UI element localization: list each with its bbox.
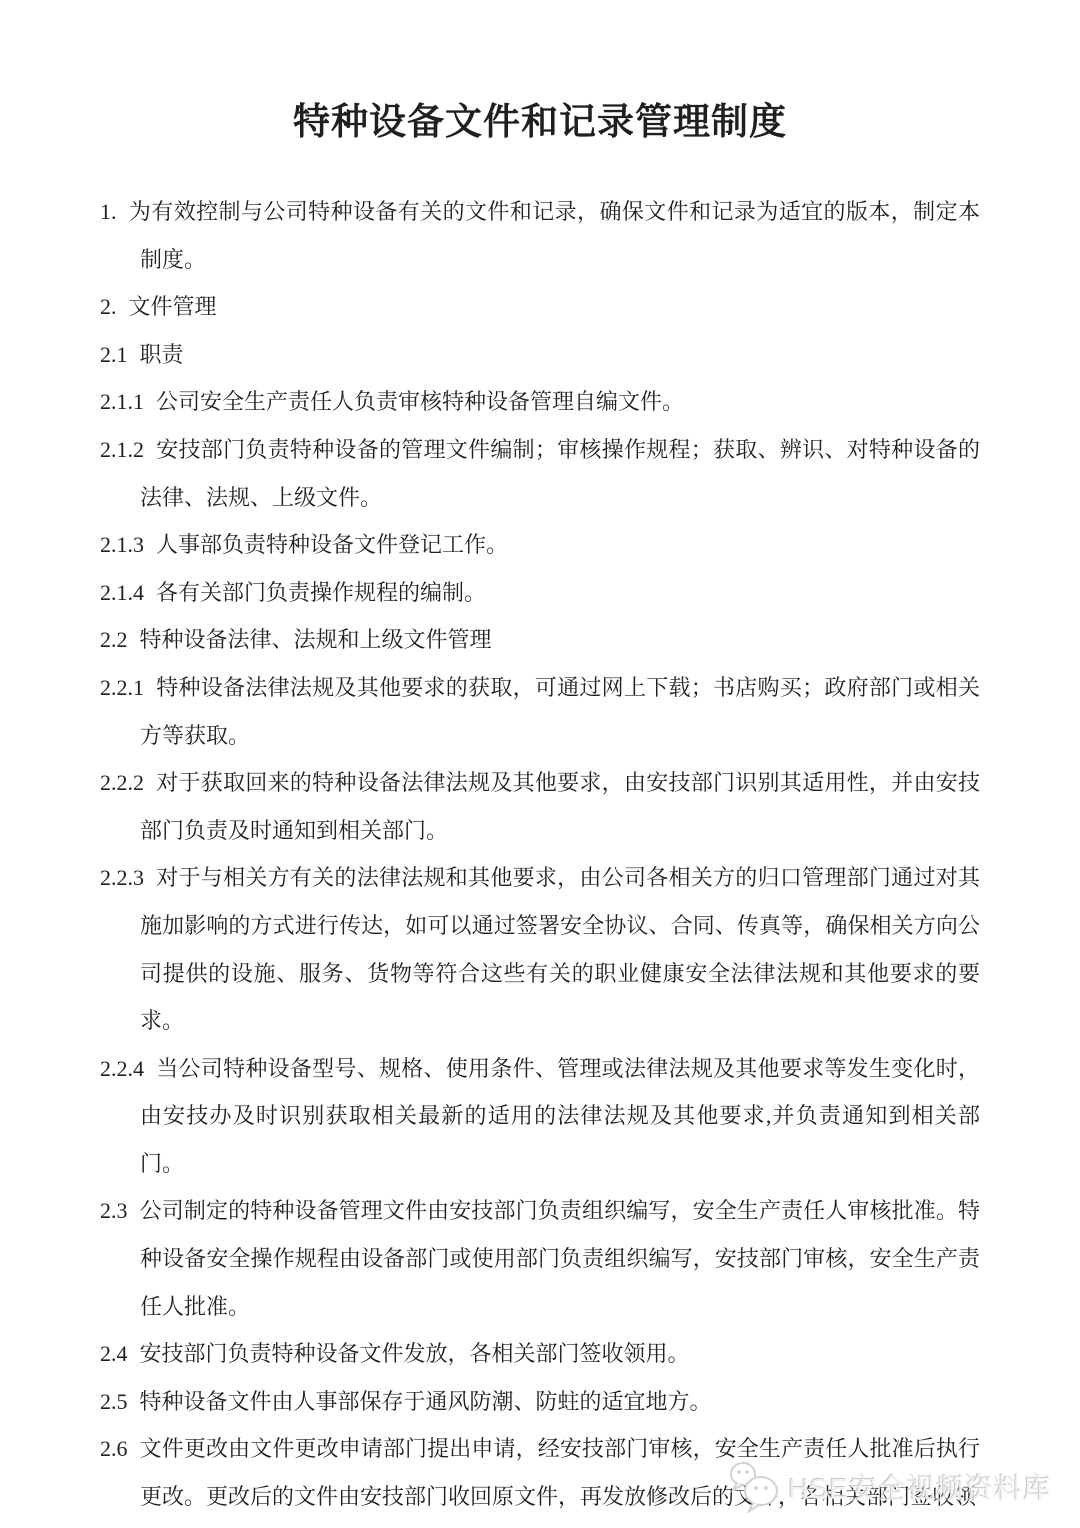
clause-number: 2.2: [100, 627, 128, 652]
clause-number: 2.1.3: [100, 532, 144, 557]
clause: 2.1.3人事部负责特种设备文件登记工作。: [100, 521, 980, 569]
clause: 2.1.1公司安全生产责任人负责审核特种设备管理自编文件。: [100, 378, 980, 426]
clause-text: 当公司特种设备型号、规格、使用条件、管理或法律法规及其他要求等发生变化时，由安技…: [140, 1056, 980, 1176]
clause-number: 2.2.2: [100, 770, 144, 795]
clause-number: 1.: [100, 199, 117, 224]
clause: 2.1职责: [100, 331, 980, 379]
clause: 2.2.2对于获取回来的特种设备法律法规及其他要求，由安技部门识别其适用性，并由…: [100, 759, 980, 854]
page-title: 特种设备文件和记录管理制度: [0, 0, 1080, 146]
clause-text: 公司制定的特种设备管理文件由安技部门负责组织编写，安全生产责任人审核批准。特种设…: [140, 1198, 981, 1318]
clause: 2.2.3对于与相关方有关的法律法规和其他要求，由公司各相关方的归口管理部门通过…: [100, 854, 980, 1044]
clause-number: 2.1.4: [100, 580, 144, 605]
clause: 2.3公司制定的特种设备管理文件由安技部门负责组织编写，安全生产责任人审核批准。…: [100, 1187, 980, 1330]
clause-number: 2.1.1: [100, 389, 144, 414]
clause: 2.2特种设备法律、法规和上级文件管理: [100, 616, 980, 664]
document-body: 1.为有效控制与公司特种设备有关的文件和记录，确保文件和记录为适宜的版本，制定本…: [100, 188, 980, 1521]
clause-number: 2.: [100, 294, 117, 319]
clause-number: 2.3: [100, 1198, 128, 1223]
document-page: 特种设备文件和记录管理制度 1.为有效控制与公司特种设备有关的文件和记录，确保文…: [0, 0, 1080, 1528]
clause-text: 各有关部门负责操作规程的编制。: [156, 580, 486, 605]
clause-text: 安技部门负责特种设备的管理文件编制；审核操作规程；获取、辨识、对特种设备的法律、…: [140, 437, 980, 510]
clause: 2.文件管理: [100, 283, 980, 331]
clause-text: 公司安全生产责任人负责审核特种设备管理自编文件。: [156, 389, 684, 414]
clause-number: 2.4: [100, 1341, 128, 1366]
clause-text: 对于与相关方有关的法律法规和其他要求，由公司各相关方的归口管理部门通过对其施加影…: [140, 865, 980, 1033]
clause: 2.5特种设备文件由人事部保存于通风防潮、防蛀的适宜地方。: [100, 1378, 980, 1426]
clause-number: 2.1.2: [100, 437, 144, 462]
wechat-icon: [728, 1460, 780, 1514]
clause: 2.1.4各有关部门负责操作规程的编制。: [100, 569, 980, 617]
clause-text: 人事部负责特种设备文件登记工作。: [156, 532, 508, 557]
clause: 2.2.4当公司特种设备型号、规格、使用条件、管理或法律法规及其他要求等发生变化…: [100, 1045, 980, 1188]
clause-text: 特种设备法律、法规和上级文件管理: [140, 627, 492, 652]
clause-number: 2.5: [100, 1389, 128, 1414]
clause-number: 2.2.4: [100, 1056, 144, 1081]
watermark-label: HSE安全视频资料库: [788, 1467, 1052, 1507]
clause-text: 文件管理: [129, 294, 217, 319]
clause-number: 2.1: [100, 342, 128, 367]
watermark: HSE安全视频资料库: [728, 1460, 1052, 1514]
clause: 1.为有效控制与公司特种设备有关的文件和记录，确保文件和记录为适宜的版本，制定本…: [100, 188, 980, 283]
clause-number: 2.6: [100, 1436, 128, 1461]
clause: 2.4安技部门负责特种设备文件发放，各相关部门签收领用。: [100, 1330, 980, 1378]
clause-text: 安技部门负责特种设备文件发放，各相关部门签收领用。: [140, 1341, 690, 1366]
clause-text: 为有效控制与公司特种设备有关的文件和记录，确保文件和记录为适宜的版本，制定本制度…: [129, 199, 981, 272]
clause-text: 对于获取回来的特种设备法律法规及其他要求，由安技部门识别其适用性，并由安技部门负…: [140, 770, 980, 843]
clause: 2.1.2安技部门负责特种设备的管理文件编制；审核操作规程；获取、辨识、对特种设…: [100, 426, 980, 521]
clause-number: 2.2.1: [100, 675, 144, 700]
clause: 2.2.1特种设备法律法规及其他要求的获取，可通过网上下载；书店购买；政府部门或…: [100, 664, 980, 759]
clause-text: 特种设备法律法规及其他要求的获取，可通过网上下载；书店购买；政府部门或相关方等获…: [140, 675, 980, 748]
clause-text: 特种设备文件由人事部保存于通风防潮、防蛀的适宜地方。: [140, 1389, 712, 1414]
clause-text: 职责: [140, 342, 184, 367]
clause-number: 2.2.3: [100, 865, 144, 890]
